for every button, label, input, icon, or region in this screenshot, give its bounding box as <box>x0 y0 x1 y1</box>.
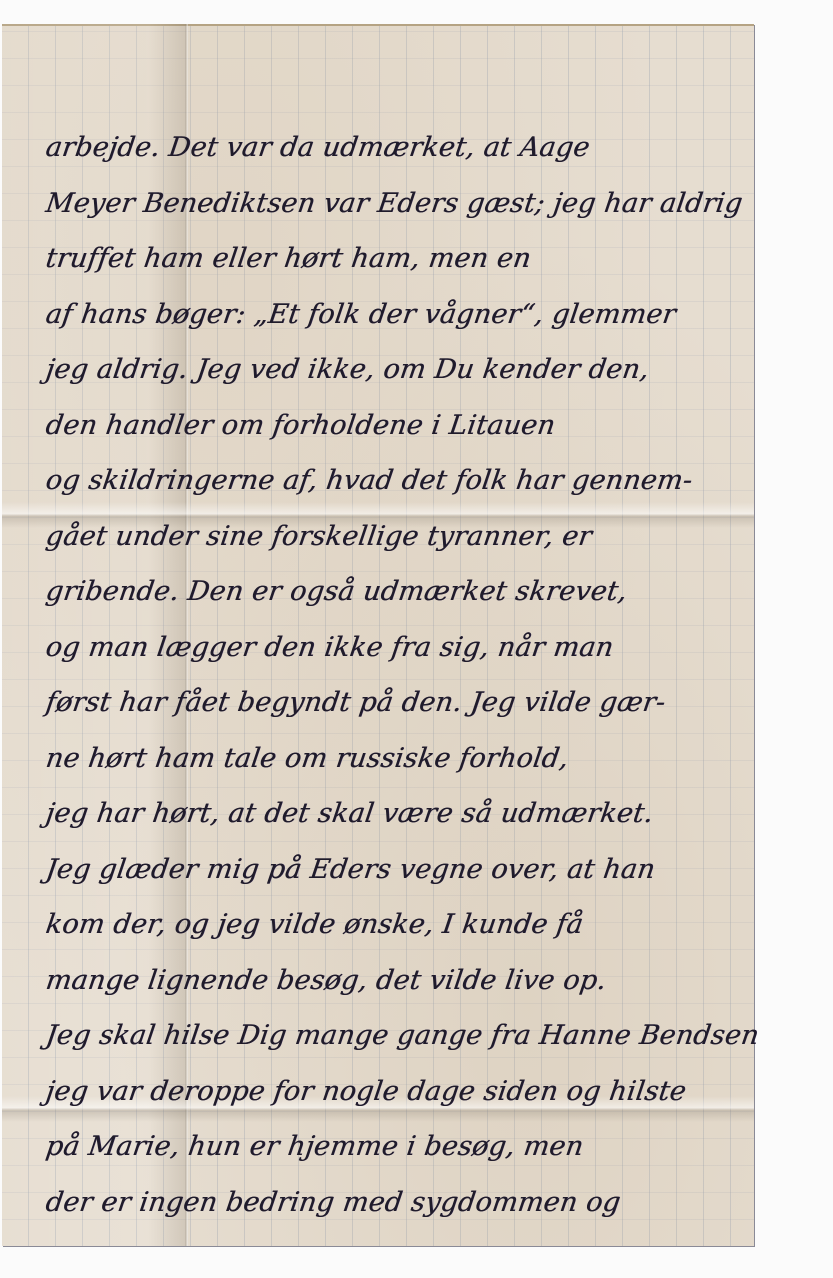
handwritten-line-14: Jeg glæder mig på Eders vegne over, at h… <box>42 842 762 898</box>
handwritten-line-7: og skildringerne af, hvad det folk har g… <box>42 453 762 509</box>
handwritten-line-1: arbejde. Det var da udmærket, at Aage <box>42 120 762 176</box>
handwritten-line-9: gribende. Den er også udmærket skrevet, <box>42 564 762 620</box>
handwritten-line-12: ne hørt ham tale om russiske forhold, <box>42 731 762 787</box>
handwritten-line-16: mange lignende besøg, det vilde live op. <box>42 953 762 1009</box>
handwritten-line-20: der er ingen bedring med sygdommen og <box>42 1175 762 1231</box>
handwritten-line-3: truffet ham eller hørt ham, men en <box>42 231 762 287</box>
handwritten-line-8: gået under sine forskellige tyranner, er <box>42 509 762 565</box>
handwritten-line-6: den handler om forholdene i Litauen <box>42 398 762 454</box>
handwritten-line-19: på Marie, hun er hjemme i besøg, men <box>42 1119 762 1175</box>
letter-sheet: arbejde. Det var da udmærket, at Aage Me… <box>2 24 754 1246</box>
handwritten-line-10: og man lægger den ikke fra sig, når man <box>42 620 762 676</box>
handwritten-line-2: Meyer Benediktsen var Eders gæst; jeg ha… <box>42 176 762 232</box>
handwritten-line-5: jeg aldrig. Jeg ved ikke, om Du kender d… <box>42 342 762 398</box>
handwritten-line-11: først har fået begyndt på den. Jeg vilde… <box>42 675 762 731</box>
handwritten-line-17: Jeg skal hilse Dig mange gange fra Hanne… <box>42 1008 762 1064</box>
handwritten-letter-body: arbejde. Det var da udmærket, at Aage Me… <box>42 120 754 1230</box>
handwritten-line-15: kom der, og jeg vilde ønske, I kunde få <box>42 897 762 953</box>
handwritten-line-4: af hans bøger: „Et folk der vågner“, gle… <box>42 287 762 343</box>
handwritten-line-13: jeg har hørt, at det skal være så udmærk… <box>42 786 762 842</box>
handwritten-line-18: jeg var deroppe for nogle dage siden og … <box>42 1064 762 1120</box>
